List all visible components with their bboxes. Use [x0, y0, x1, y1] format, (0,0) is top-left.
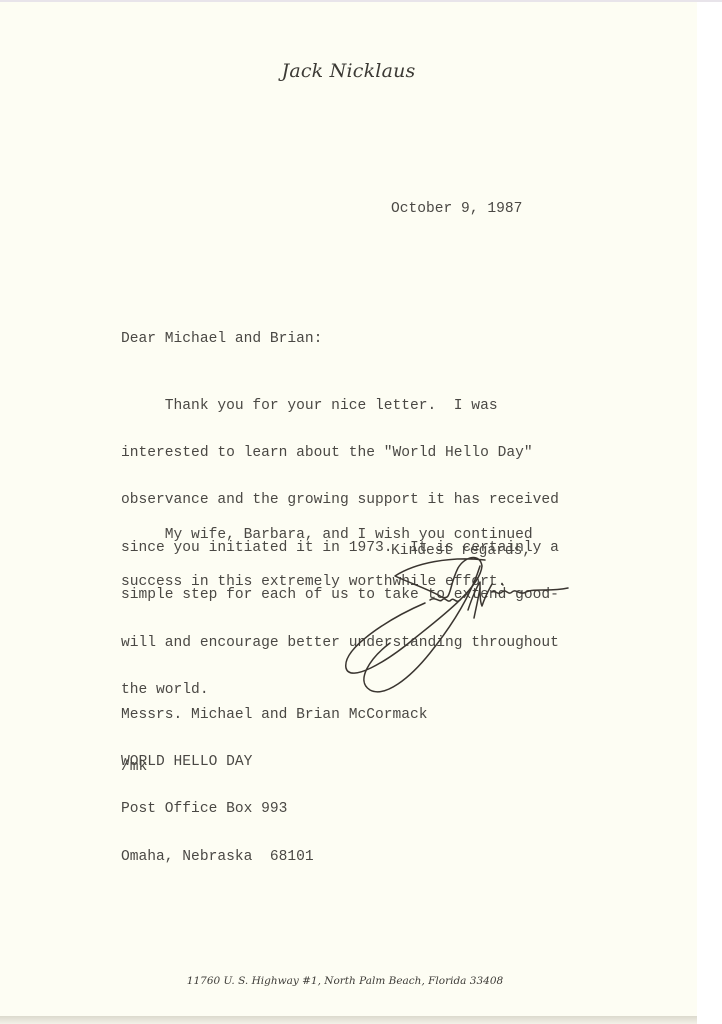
- letter-date: October 9, 1987: [391, 202, 522, 218]
- footer-address: 11760 U. S. Highway #1, North Palm Beach…: [0, 975, 690, 987]
- recipient-address: Messrs. Michael and Brian McCormack WORL…: [121, 676, 428, 897]
- address-line: Post Office Box 993: [121, 802, 428, 818]
- address-line: WORLD HELLO DAY: [121, 755, 428, 771]
- paragraph-line: Thank you for your nice letter. I was: [121, 399, 559, 415]
- salutation: Dear Michael and Brian:: [121, 332, 322, 348]
- page-bottom-shadow: [0, 1016, 697, 1024]
- typist-initials: /mk: [121, 760, 147, 776]
- paragraph-line: My wife, Barbara, and I wish you continu…: [121, 528, 533, 544]
- address-line: Messrs. Michael and Brian McCormack: [121, 708, 428, 724]
- letter-page: Jack Nicklaus October 9, 1987 Dear Micha…: [0, 0, 697, 1016]
- page-top-edge: [0, 0, 722, 2]
- paragraph-line: interested to learn about the "World Hel…: [121, 446, 559, 462]
- address-line: Omaha, Nebraska 68101: [121, 850, 428, 866]
- letterhead-name: Jack Nicklaus: [0, 60, 697, 82]
